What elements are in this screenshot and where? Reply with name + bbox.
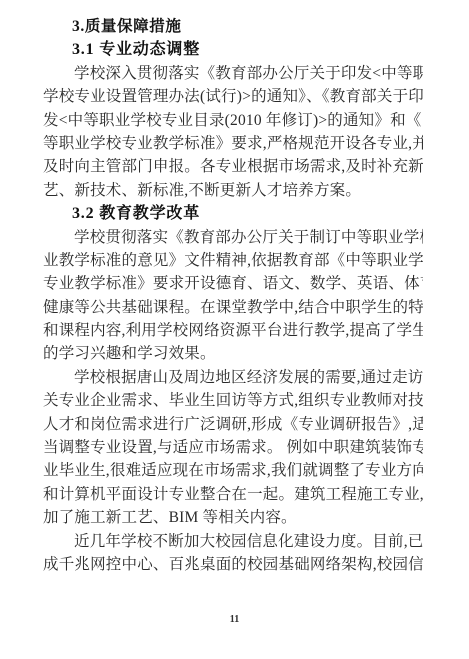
text-line: 学校根据唐山及周边地区经济发展的需要,通过走访相 [43,366,423,389]
paragraph-teaching-standards-courses: 学校贯彻落实《教育部办公厅关于制订中等职业学校专业教学标准的意见》文件精神,依据… [43,226,423,366]
heading-3-2-education-teaching-reform: 3.2 教育教学改革 [43,202,423,225]
text-line: 加了施工新工艺、BIM 等相关内容。 [43,506,423,529]
page-number: 11 [0,614,469,625]
text-line: 健康等公共基础课程。在课堂教学中,结合中职学生的特点 [43,296,423,319]
text-line: 学校深入贯彻落实《教育部办公厅关于印发<中等职业 [43,62,423,85]
text-line: 3.质量保障措施 [43,15,423,38]
text-line: 当调整专业设置,与适应市场需求。 例如中职建筑装饰专 [43,436,423,459]
heading-quality-assurance-measures: 3.质量保障措施 [43,15,423,38]
text-line: 专业教学标准》要求开设德育、语文、数学、英语、体育与 [43,272,423,295]
text-line: 等职业学校专业教学标准》要求,严格规范开设各专业,并 [43,132,423,155]
text-line: 的学习兴趣和学习效果。 [43,342,423,365]
text-line: 人才和岗位需求进行广泛调研,形成《专业调研报告》,适 [43,413,423,436]
text-line: 和课程内容,利用学校网络资源平台进行教学,提高了学生 [43,319,423,342]
text-line: 艺、新技术、新标准,不断更新人才培养方案。 [43,179,423,202]
document-page: 3.质量保障措施3.1 专业动态调整学校深入贯彻落实《教育部办公厅关于印发<中等… [0,0,469,659]
paragraph-major-setup-regulation: 学校深入贯彻落实《教育部办公厅关于印发<中等职业学校专业设置管理办法(试行)>的… [43,62,423,202]
text-line: 和计算机平面设计专业整合在一起。建筑工程施工专业,增 [43,483,423,506]
text-line: 近几年学校不断加大校园信息化建设力度。目前,已形 [43,530,423,553]
heading-3-1-dynamic-major-adjustment: 3.1 专业动态调整 [43,38,423,61]
text-line: 3.2 教育教学改革 [43,202,423,225]
document-body: 3.质量保障措施3.1 专业动态调整学校深入贯彻落实《教育部办公厅关于印发<中等… [43,15,423,576]
text-line: 发<中等职业学校专业目录(2010 年修订)>的通知》和《中 [43,109,423,132]
text-line: 学校贯彻落实《教育部办公厅关于制订中等职业学校专 [43,226,423,249]
text-line: 学校专业设置管理办法(试行)>的通知》、《教育部关于印 [43,85,423,108]
text-line: 业教学标准的意见》文件精神,依据教育部《中等职业学校 [43,249,423,272]
text-line: 业毕业生,很难适应现在市场需求,我们就调整了专业方向, [43,459,423,482]
text-line: 关专业企业需求、毕业生回访等方式,组织专业教师对技能 [43,389,423,412]
paragraph-campus-informatization: 近几年学校不断加大校园信息化建设力度。目前,已形成千兆网控中心、百兆桌面的校园基… [43,530,423,577]
text-line: 成千兆网控中心、百兆桌面的校园基础网络架构,校园信息 [43,553,423,576]
text-line: 及时向主管部门申报。各专业根据市场需求,及时补充新工 [43,155,423,178]
paragraph-market-research-adjustment: 学校根据唐山及周边地区经济发展的需要,通过走访相关专业企业需求、毕业生回访等方式… [43,366,423,530]
text-line: 3.1 专业动态调整 [43,38,423,61]
